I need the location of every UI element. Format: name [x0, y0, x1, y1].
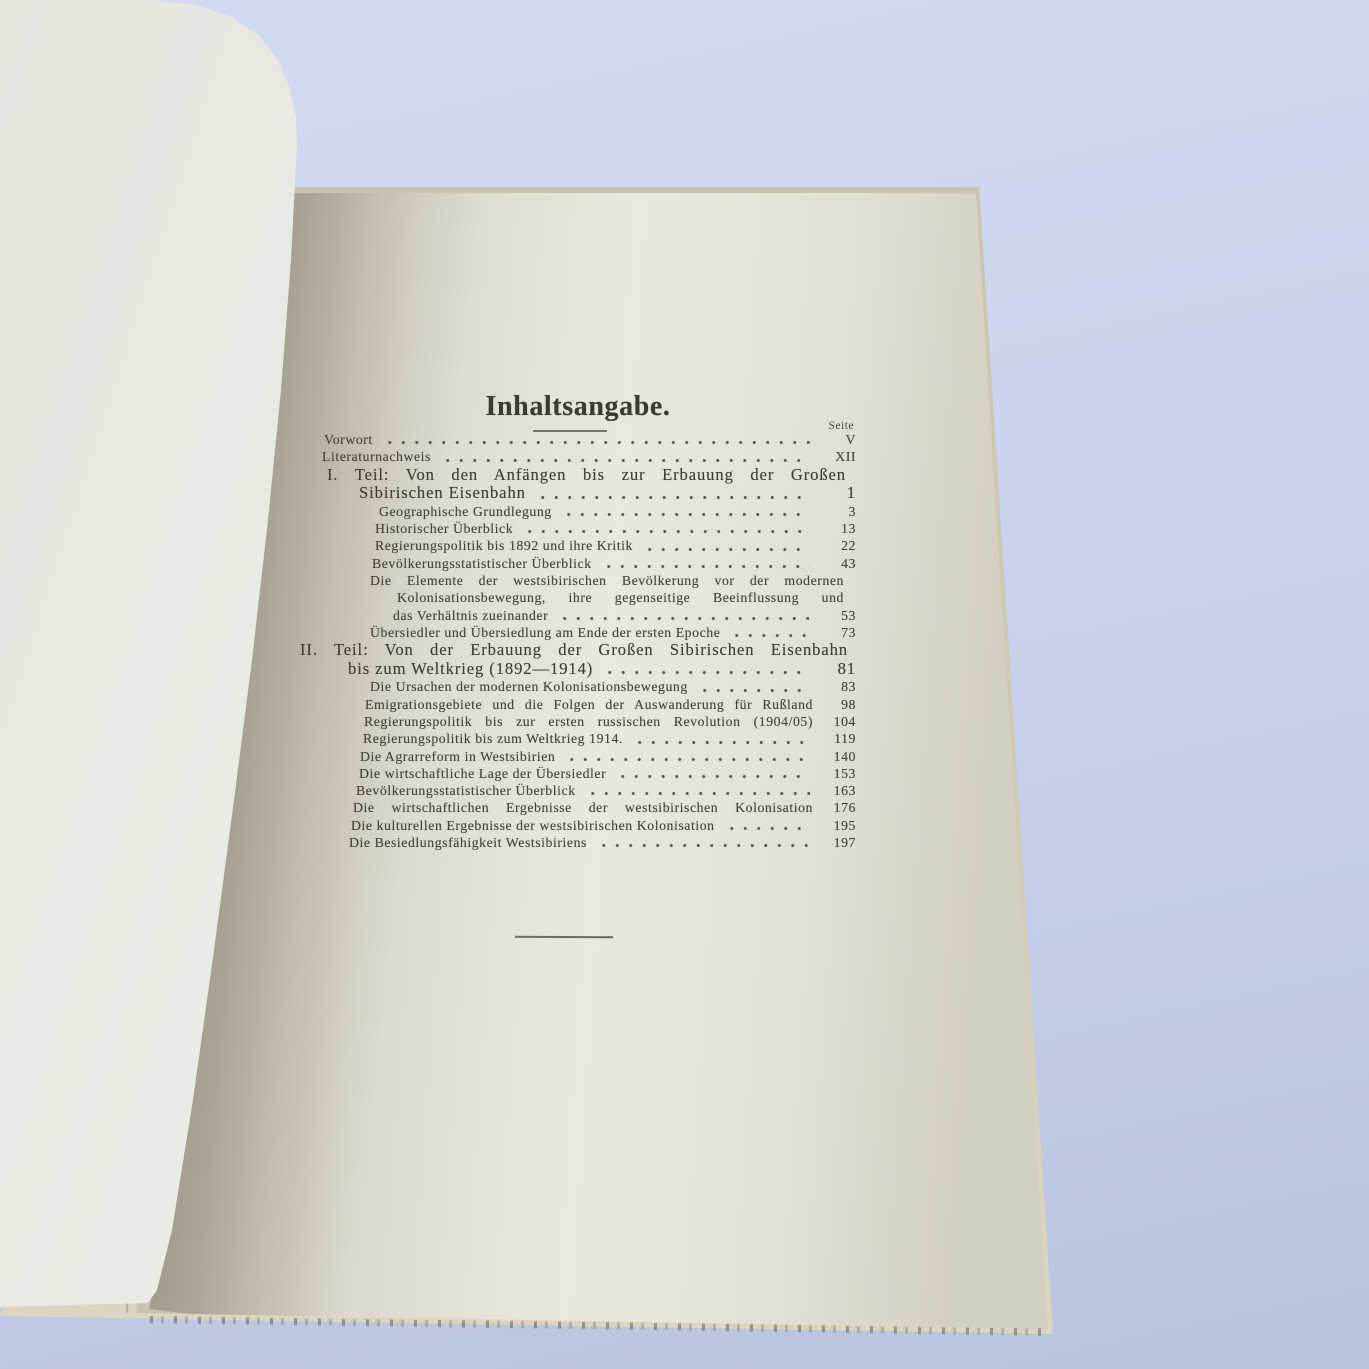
toc-page-number: 197: [818, 834, 856, 851]
toc-text-block: Inhaltsangabe. Seite VorwortVLiteraturna…: [322, 391, 856, 871]
toc-page-number: 22: [818, 537, 856, 554]
toc-entry-label: das Verhältnis zueinander: [393, 607, 548, 624]
dot-leader: [602, 564, 810, 569]
toc-entry-label: Die Elemente der westsibirischen Bevölke…: [370, 572, 844, 589]
toc-line: II. Teil: Von der Erbauung der Großen Si…: [300, 641, 848, 660]
toc-entry-label: I. Teil: Von den Anfängen bis zur Erbauu…: [327, 466, 846, 485]
toc-line: Regierungspolitik bis 1892 und ihre Krit…: [375, 537, 856, 554]
toc-entry-label: Die wirtschaftliche Lage der Übersiedler: [359, 765, 606, 782]
toc-line: Die kulturellen Ergebnisse der westsibir…: [351, 817, 856, 834]
toc-line: Emigrationsgebiete und die Folgen der Au…: [365, 696, 856, 713]
dot-leader: [441, 458, 810, 463]
toc-line: LiteraturnachweisXII: [322, 448, 856, 465]
book-photo: Inhaltsangabe. Seite VorwortVLiteraturna…: [0, 0, 1369, 1369]
toc-page-number: 53: [818, 607, 856, 624]
toc-entry-label: Emigrationsgebiete und die Folgen der Au…: [365, 696, 813, 713]
toc-line: das Verhältnis zueinander53: [393, 607, 856, 624]
toc-entry-label: Die kulturellen Ergebnisse der westsibir…: [351, 817, 715, 834]
dot-leader: [730, 633, 810, 638]
toc-entry-label: Kolonisationsbewegung, ihre gegenseitige…: [397, 589, 844, 606]
toc-line: Regierungspolitik bis zur ersten russisc…: [364, 713, 856, 730]
dot-leader: [597, 843, 810, 848]
page-title: Inhaltsangabe.: [322, 391, 834, 423]
toc-line: Übersiedler und Übersiedlung am Ende der…: [370, 624, 856, 641]
toc-line: Die Elemente der westsibirischen Bevölke…: [370, 572, 844, 589]
toc-line: Bevölkerungsstatistischer Überblick43: [372, 555, 856, 572]
toc-entry-label: Die wirtschaftlichen Ergebnisse der west…: [353, 799, 813, 816]
dot-leader: [643, 547, 810, 552]
toc-page-number: 163: [818, 782, 856, 799]
toc-line: Kolonisationsbewegung, ihre gegenseitige…: [397, 589, 844, 606]
dot-leader: [633, 740, 810, 745]
toc-entry-label: Regierungspolitik bis zur ersten russisc…: [364, 713, 813, 730]
toc-page-number: 153: [818, 765, 856, 782]
toc-entry-label: Die Ursachen der modernen Kolonisationsb…: [370, 678, 688, 695]
toc-entry-label: Regierungspolitik bis 1892 und ihre Krit…: [375, 537, 633, 554]
toc-rows: VorwortVLiteraturnachweisXIII. Teil: Von…: [322, 431, 856, 851]
toc-line: Die Besiedlungsfähigkeit Westsibiriens19…: [349, 834, 856, 851]
toc-page-number: V: [818, 431, 856, 448]
dot-leader: [603, 670, 810, 675]
dot-leader: [562, 512, 810, 517]
toc-line: bis zum Weltkrieg (1892—1914)81: [348, 660, 856, 679]
toc-page-number: 176: [818, 799, 856, 816]
toc-entry-label: Bevölkerungsstatistischer Überblick: [356, 782, 576, 799]
dot-leader: [383, 440, 810, 445]
toc-entry-label: Historischer Überblick: [375, 520, 513, 537]
toc-entry-label: Die Agrarreform in Westsibirien: [360, 748, 555, 765]
dot-leader: [586, 791, 810, 796]
toc-entry-label: Literaturnachweis: [322, 448, 431, 465]
toc-entry-label: Bevölkerungsstatistischer Überblick: [372, 555, 592, 572]
toc-line: Historischer Überblick13: [375, 520, 856, 537]
toc-page-number: 140: [818, 748, 856, 765]
toc-page-number: 119: [818, 730, 856, 747]
toc-entry-label: Sibirischen Eisenbahn: [359, 484, 526, 503]
toc-entry-label: Vorwort: [324, 431, 373, 448]
toc-page-number: XII: [818, 448, 856, 465]
dot-leader: [725, 826, 810, 831]
toc-entry-label: bis zum Weltkrieg (1892—1914): [348, 660, 593, 679]
toc-page-number: 98: [818, 696, 856, 713]
toc-line: Die wirtschaftlichen Ergebnisse der west…: [353, 799, 856, 816]
dot-leader: [536, 495, 810, 500]
toc-page-number: 104: [818, 713, 856, 730]
toc-entry-label: Die Besiedlungsfähigkeit Westsibiriens: [349, 834, 587, 851]
dot-leader: [698, 688, 810, 693]
toc-line: Die wirtschaftliche Lage der Übersiedler…: [359, 765, 856, 782]
dot-leader: [558, 616, 810, 621]
toc-page-number: 13: [818, 520, 856, 537]
toc-entry-label: Übersiedler und Übersiedlung am Ende der…: [370, 624, 720, 641]
toc-line: Die Agrarreform in Westsibirien140: [360, 748, 856, 765]
dot-leader: [565, 757, 810, 762]
toc-line: Bevölkerungsstatistischer Überblick163: [356, 782, 856, 799]
toc-entry-label: Regierungspolitik bis zum Weltkrieg 1914…: [363, 730, 623, 747]
toc-page-number: 81: [818, 660, 856, 679]
toc-page-number: 1: [818, 484, 856, 503]
dot-leader: [616, 774, 810, 779]
toc-page-number: 83: [818, 678, 856, 695]
toc-line: Geographische Grundlegung3: [379, 503, 856, 520]
toc-entry-label: Geographische Grundlegung: [379, 503, 552, 520]
toc-line: Sibirischen Eisenbahn1: [359, 484, 856, 503]
toc-page-number: 3: [818, 503, 856, 520]
dot-leader: [523, 529, 810, 534]
toc-page-number: 43: [818, 555, 856, 572]
toc-line: Regierungspolitik bis zum Weltkrieg 1914…: [363, 730, 856, 747]
toc-line: I. Teil: Von den Anfängen bis zur Erbauu…: [327, 466, 846, 485]
toc-line: Die Ursachen der modernen Kolonisationsb…: [370, 678, 856, 695]
toc-line: VorwortV: [324, 431, 856, 448]
toc-page-number: 195: [818, 817, 856, 834]
toc-page-number: 73: [818, 624, 856, 641]
toc-entry-label: II. Teil: Von der Erbauung der Großen Si…: [300, 641, 848, 660]
